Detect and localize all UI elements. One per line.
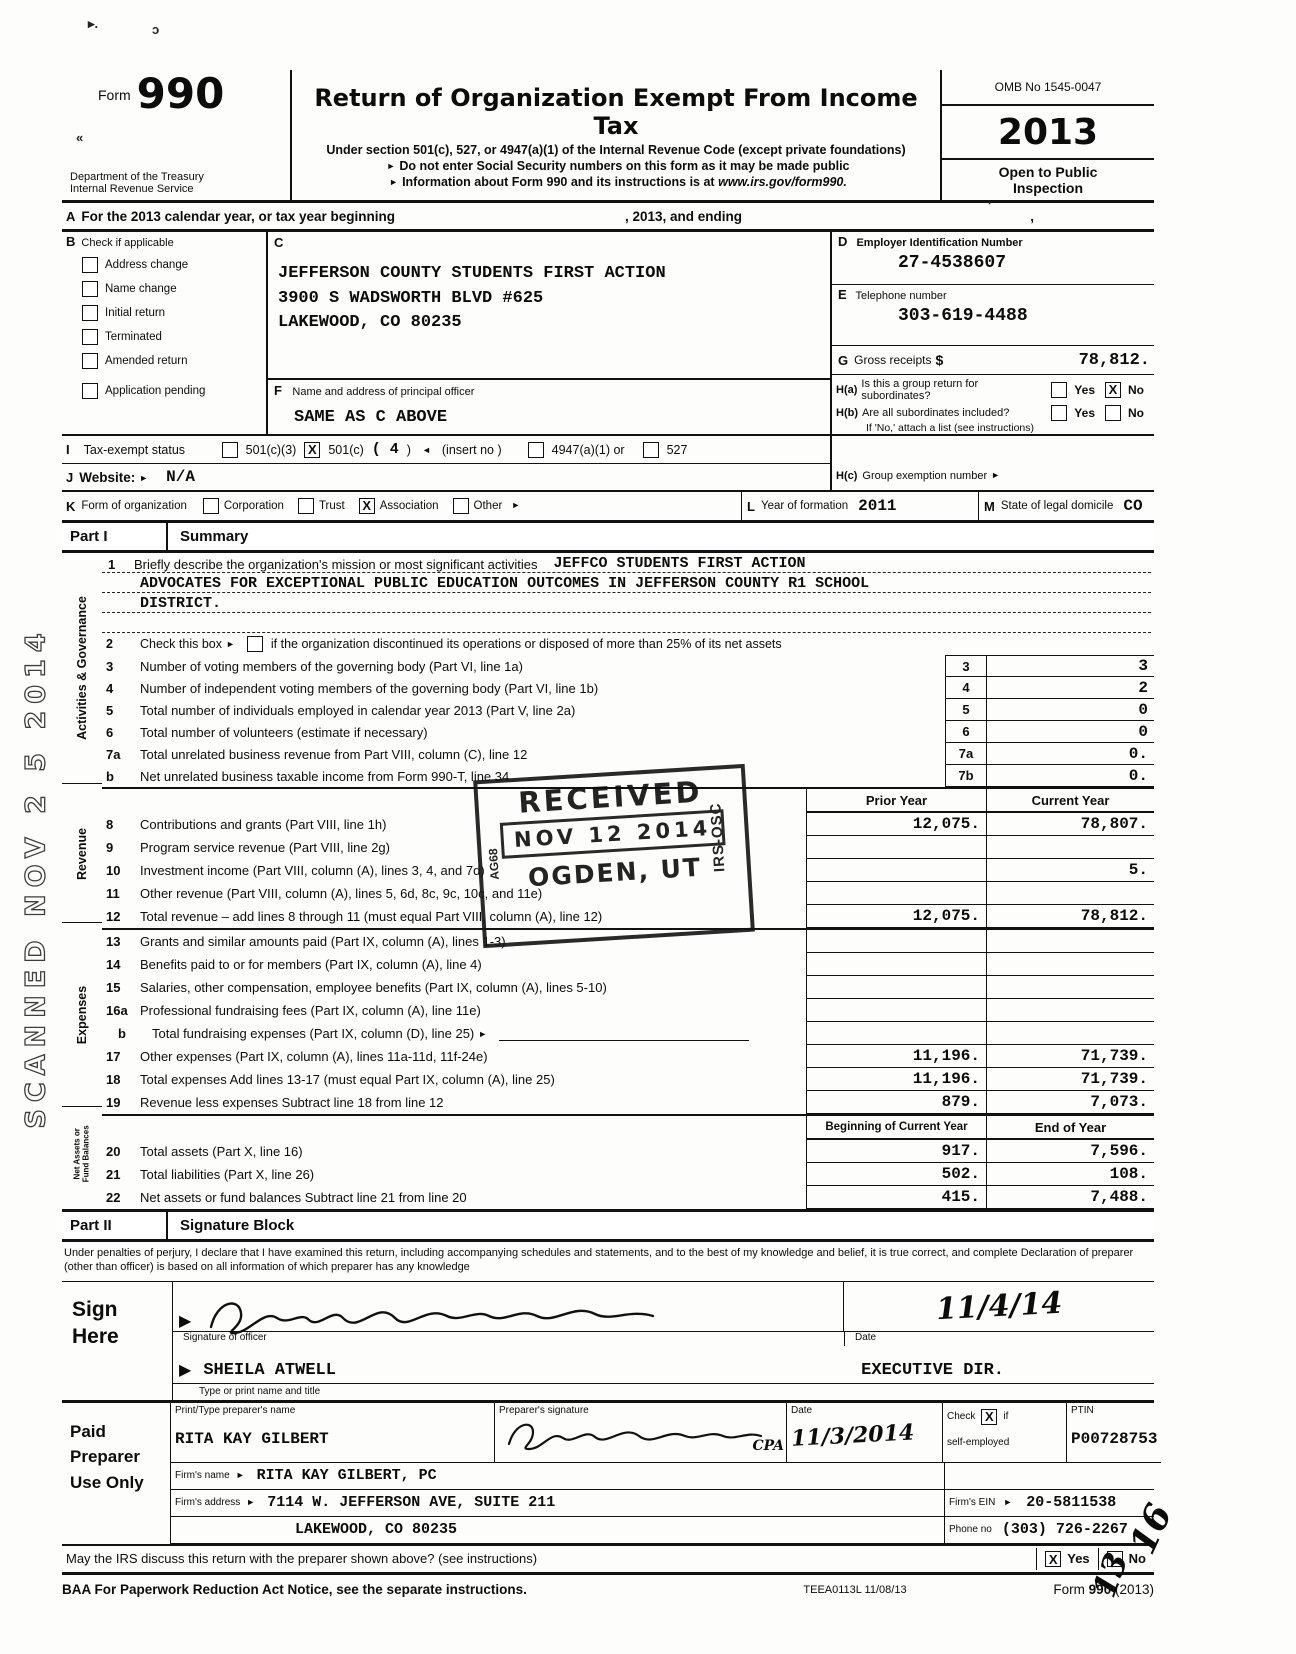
- line6-volunteers: 6Total number of volunteers (estimate if…: [102, 721, 1154, 743]
- scan-artifact: ▸.: [88, 16, 98, 32]
- line-l-year-of-formation: L Year of formation 2011: [741, 492, 978, 520]
- teea-code: TEEA0113L 11/08/13: [803, 1584, 1053, 1596]
- omb-year-block: OMB No 1545-0047 2013 Open to Public Ins…: [942, 70, 1154, 200]
- open-to-public: Open to Public Inspection: [942, 160, 1154, 200]
- hc-text: Group exemption number: [862, 470, 987, 482]
- checkbox-527: [643, 442, 659, 458]
- org-city-state-zip: LAKEWOOD, CO 80235: [278, 311, 824, 336]
- mission-line-2: ADVOCATES FOR EXCEPTIONAL PUBLIC EDUCATI…: [102, 573, 1151, 593]
- part2-tab: Part II: [62, 1212, 168, 1239]
- part1-tab: Part I: [62, 523, 168, 550]
- irs-url: www.irs.gov/form990.: [718, 175, 847, 189]
- baa-notice: BAA For Paperwork Reduction Act Notice, …: [62, 1582, 803, 1597]
- section-c-org-address: C JEFFERSON COUNTY STUDENTS FIRST ACTION…: [268, 232, 830, 378]
- checkbox: [82, 305, 98, 321]
- checkbox-trust: [298, 498, 314, 514]
- checkbox-corporation: [203, 498, 219, 514]
- checkbox: [82, 383, 98, 399]
- hc-tag: H(c): [836, 470, 857, 482]
- section-c-tag: C: [274, 235, 283, 250]
- firm-name-row: Firm's name RITA KAY GILBERT, PC: [171, 1463, 945, 1490]
- checkbox: [82, 281, 98, 297]
- received-irs-osc: IRS-OSC: [708, 802, 729, 872]
- hb-no-checkbox: [1105, 405, 1121, 421]
- scan-artifact: «: [76, 130, 83, 145]
- form-number-block: Form 990 Department of the Treasury Inte…: [62, 70, 290, 200]
- checkbox: [82, 257, 98, 273]
- side-label-revenue: Revenue: [62, 783, 102, 923]
- officer-signature-area: [173, 1282, 843, 1332]
- firm-ein: 20-5811538: [1026, 1494, 1116, 1511]
- arrow-icon: [385, 175, 402, 189]
- irs-discuss-row: May the IRS discuss this return with the…: [62, 1544, 1154, 1572]
- side-label-net-assets: Net Assets orFund Balances: [62, 1106, 102, 1200]
- scan-artifact: ɔ: [152, 22, 159, 37]
- checkbox-501c: X: [304, 442, 320, 458]
- firm-address-2: LAKEWOOD, CO 80235: [295, 1521, 457, 1538]
- line-m-legal-domicile: M State of legal domicile CO: [978, 492, 1154, 520]
- perjury-statement: Under penalties of perjury, I declare th…: [62, 1242, 1154, 1281]
- section-d-ein: D Employer Identification Number 27-4538…: [832, 232, 1154, 285]
- type-print-caption: Type or print name and title: [173, 1384, 1154, 1400]
- part2-header-bar: Part II Signature Block: [62, 1212, 1154, 1242]
- firm-address-row: Firm's address 7114 W. JEFFERSON AVE, SU…: [171, 1490, 945, 1517]
- self-employed-cell: Check X if self-employed: [943, 1403, 1067, 1463]
- blank-underline: [499, 1040, 749, 1041]
- beginning-year-header: Beginning of Current Year: [806, 1116, 986, 1140]
- checkbox: [82, 353, 98, 369]
- insert-number-value: ( 4: [372, 441, 399, 458]
- org-name: JEFFERSON COUNTY STUDENTS FIRST ACTION: [278, 262, 824, 287]
- mission-value-1: JEFFCO STUDENTS FIRST ACTION: [553, 555, 1151, 572]
- gross-receipts-title: Gross receipts: [854, 353, 931, 367]
- current-year-header: Current Year: [986, 789, 1154, 813]
- tax-year: 2013: [942, 106, 1154, 160]
- scanned-date-stamp: SCANNED NOV 2 5 2014: [12, 595, 60, 1160]
- dollar-sign: $: [935, 352, 943, 368]
- section-e-tag: E: [838, 287, 847, 302]
- hc-group-exemption: H(c) Group exemption number: [832, 463, 1154, 489]
- year-formation-title: Year of formation: [761, 500, 848, 512]
- preparer-date: 11/3/2014: [790, 1418, 938, 1452]
- phone-title: Telephone number: [856, 290, 947, 302]
- line18-total-expenses: 18Total expenses Add lines 13-17 (must e…: [102, 1068, 1154, 1091]
- line16b-fundraising-expenses: bTotal fundraising expenses (Part IX, co…: [102, 1022, 1154, 1045]
- line-a-text2: , 2013, and ending: [625, 209, 742, 224]
- arrow-icon: [999, 1497, 1016, 1509]
- sign-here-block: Sign Here 11/4/14 Signature of: [62, 1281, 1154, 1400]
- dept-treasury: Department of the Treasury: [70, 171, 282, 184]
- arrow-icon: [135, 470, 152, 485]
- ptin-cell: PTIN P00728753: [1067, 1403, 1161, 1463]
- line-j-tag: J: [66, 470, 73, 485]
- line7a-unrelated-revenue: 7aTotal unrelated business revenue from …: [102, 743, 1154, 765]
- ein-title: Employer Identification Number: [856, 237, 1022, 249]
- hb-text: Are all subordinates included?: [862, 407, 1047, 419]
- form-of-org-title: Form of organization: [81, 500, 186, 512]
- form-title-block: Return of Organization Exempt From Incom…: [290, 70, 942, 200]
- paid-preparer-block: Paid Preparer Use Only Print/Type prepar…: [62, 1400, 1154, 1544]
- checkbox-amended-return: Amended return: [82, 353, 262, 369]
- checkbox-initial-return: Initial return: [82, 305, 262, 321]
- option-other: Other: [453, 498, 525, 514]
- line5-employees: 5Total number of individuals employed in…: [102, 699, 1154, 721]
- side-label-activities-governance: Activities & Governance: [62, 553, 102, 783]
- preparer-signature-cell: Preparer's signature CPA: [495, 1403, 787, 1463]
- phone-value: 303-619-4488: [898, 306, 1148, 326]
- org-street: 3900 S WADSWORTH BLVD #625: [278, 287, 824, 312]
- officer-signature-date: 11/4/14: [935, 1285, 1063, 1327]
- ha-no-checkbox: X: [1105, 382, 1121, 398]
- discuss-yes: XYes: [1036, 1548, 1097, 1570]
- arrow-icon: [474, 1026, 491, 1041]
- arrow-right-icon: [179, 1311, 197, 1331]
- prior-year-header: Prior Year: [806, 789, 986, 813]
- line-a-tag: A: [66, 209, 75, 224]
- part1-header-bar: Part I Summary: [62, 523, 1154, 553]
- preparer-name-cell: Print/Type preparer's name RITA KAY GILB…: [171, 1403, 495, 1463]
- mission-line-3: DISTRICT.: [102, 593, 1151, 613]
- checkbox-4947a1: [528, 442, 544, 458]
- preparer-name: RITA KAY GILBERT: [175, 1430, 490, 1448]
- received-left-code: AG68: [486, 848, 502, 880]
- line3-voting-members: 3Number of voting members of the governi…: [102, 655, 1154, 677]
- checkbox-self-employed: X: [981, 1409, 997, 1425]
- line-a-comma: ,: [1030, 209, 1034, 224]
- firm-name: RITA KAY GILBERT, PC: [257, 1467, 437, 1484]
- line21-total-liabilities: 21Total liabilities (Part X, line 26) 50…: [102, 1163, 1154, 1186]
- section-b-check-if-applicable: B Check if applicable Address change Nam…: [62, 232, 268, 434]
- website-title: Website:: [79, 470, 135, 485]
- discuss-text: May the IRS discuss this return with the…: [66, 1551, 537, 1566]
- section-g-tag: G: [838, 353, 848, 368]
- checkbox-association: X: [359, 498, 375, 514]
- preparer-date-cell: Date 11/3/2014: [787, 1403, 943, 1463]
- omb-number: OMB No 1545-0047: [942, 70, 1154, 106]
- officer-date-area: 11/4/14: [843, 1282, 1154, 1332]
- line-a-text: For the 2013 calendar year, or tax year …: [81, 209, 395, 224]
- mission-line-4-blank: [102, 613, 1151, 633]
- part2-title: Signature Block: [168, 1217, 294, 1234]
- form-title: Return of Organization Exempt From Incom…: [292, 84, 940, 140]
- officer-name: SHEILA ATWELL: [203, 1361, 336, 1380]
- line-i-tag: I: [66, 442, 70, 457]
- arrow-left-icon: [419, 443, 434, 457]
- form-footer: BAA For Paperwork Reduction Act Notice, …: [62, 1572, 1154, 1605]
- preparer-sig-cpa-note: CPA: [752, 1438, 784, 1454]
- ein-value: 27-4538607: [898, 253, 1148, 273]
- header-bullet-1: Do not enter Social Security numbers on …: [399, 159, 849, 173]
- arrow-right-icon: [179, 1360, 197, 1380]
- ptin-value: P00728753: [1071, 1430, 1157, 1448]
- side-label-expenses: Expenses: [62, 922, 102, 1107]
- status-website-rows: I Tax-exempt status 501(c)(3) X501(c) ( …: [62, 436, 1154, 492]
- section-e-telephone: E Telephone number 303-619-4488: [832, 285, 1154, 346]
- irs-received-stamp: RECEIVED NOV 12 2014 OGDEN, UT IRS-OSC A…: [473, 764, 755, 948]
- paid-preparer-label: Paid Preparer Use Only: [62, 1403, 171, 1544]
- line20-total-assets: 20Total assets (Part X, line 16) 917.7,5…: [102, 1140, 1154, 1163]
- header-bullet-2: Information about Form 990 and its instr…: [402, 175, 715, 189]
- line17-other-expenses: 17Other expenses (Part IX, column (A), l…: [102, 1045, 1154, 1068]
- ha-tag: H(a): [836, 384, 857, 396]
- tax-exempt-title: Tax-exempt status: [84, 443, 214, 457]
- scan-artifact: ': [988, 198, 991, 213]
- ha-text: Is this a group return for subordinates?: [861, 378, 1047, 402]
- net-column-headers: Beginning of Current Year End of Year: [102, 1114, 1154, 1140]
- arrow-icon: [222, 637, 239, 651]
- checkbox-application-pending: Application pending: [82, 383, 262, 399]
- firm-phone: (303) 726-2267: [1002, 1521, 1128, 1538]
- arrow-icon: [507, 500, 524, 512]
- hb-tag: H(b): [836, 407, 858, 419]
- line-i-tax-exempt-status: I Tax-exempt status 501(c)(3) X501(c) ( …: [62, 436, 830, 464]
- firm-address-1: 7114 W. JEFFERSON AVE, SUITE 211: [267, 1494, 555, 1511]
- ha-group-return: H(a) Is this a group return for subordin…: [832, 375, 1154, 402]
- section-g-gross-receipts: G Gross receipts $ 78,812.: [832, 346, 1154, 375]
- website-value: N/A: [166, 468, 195, 486]
- form-subtitle: Under section 501(c), 527, or 4947(a)(1)…: [292, 143, 940, 157]
- hb-subordinates-included: H(b) Are all subordinates included? Yes …: [832, 402, 1154, 421]
- section-d-tag: D: [838, 234, 847, 249]
- checkbox-address-change: Address change: [82, 257, 262, 273]
- firm-city-row: LAKEWOOD, CO 80235: [171, 1517, 945, 1544]
- form-header: Form 990 Department of the Treasury Inte…: [62, 70, 1154, 203]
- line-k-form-of-organization: K Form of organization Corporation Trust…: [62, 492, 1154, 523]
- irs: Internal Revenue Service: [70, 183, 282, 196]
- option-association: XAssociation: [359, 498, 439, 514]
- section-b-title: Check if applicable: [81, 237, 173, 249]
- form-990-scanned-page: Form 990 Department of the Treasury Inte…: [0, 0, 1296, 1654]
- form-number: 990: [137, 76, 225, 112]
- checkbox-501c3: [222, 442, 238, 458]
- form-word: Form: [98, 87, 131, 103]
- line2-discontinued-checkbox: 2 Check this box if the organization dis…: [102, 633, 1154, 655]
- line16a-fundraising-fees: 16aProfessional fundraising fees (Part I…: [102, 999, 1154, 1022]
- arrow-icon: [987, 470, 1004, 482]
- domicile-title: State of legal domicile: [1001, 500, 1114, 512]
- year-formation-value: 2011: [858, 497, 896, 515]
- line-k-tag: K: [66, 499, 75, 514]
- principal-officer-value: SAME AS C ABOVE: [294, 408, 824, 427]
- section-f-principal-officer: F Name and address of principal officer …: [268, 378, 830, 434]
- line19-revenue-less-expenses: 19Revenue less expenses Subtract line 18…: [102, 1091, 1154, 1114]
- domicile-value: CO: [1123, 497, 1142, 515]
- arrow-icon: [232, 1470, 249, 1482]
- line15-salaries: 15Salaries, other compensation, employee…: [102, 976, 1154, 999]
- arrow-icon: [382, 159, 399, 173]
- sign-here-label: Sign Here: [62, 1282, 173, 1400]
- part1-title: Summary: [168, 528, 248, 545]
- end-of-year-header: End of Year: [986, 1116, 1154, 1140]
- firm-ein-cell: Firm's EIN 20-5811538: [945, 1490, 1154, 1517]
- checkbox-discuss-yes: X: [1045, 1551, 1061, 1567]
- checkbox-terminated: Terminated: [82, 329, 262, 345]
- identification-block: B Check if applicable Address change Nam…: [62, 232, 1154, 436]
- arrow-icon: [242, 1497, 259, 1509]
- mission-label: Briefly describe the organization's miss…: [134, 557, 537, 572]
- ha-yes-checkbox: [1051, 382, 1067, 398]
- checkbox-discontinued: [247, 636, 263, 652]
- preparer-signature-scribble: [499, 1416, 769, 1452]
- line4-independent-members: 4Number of independent voting members of…: [102, 677, 1154, 699]
- checkbox-other: [453, 498, 469, 514]
- line-j-website: J Website: N/A: [62, 464, 830, 490]
- section-f-tag: F: [274, 383, 282, 398]
- line1-mission: 1 Briefly describe the organization's mi…: [102, 553, 1151, 573]
- section-f-title: Name and address of principal officer: [292, 386, 474, 398]
- gross-receipts-value: 78,812.: [1079, 351, 1150, 370]
- option-corporation: Corporation: [203, 498, 284, 514]
- line22-net-assets: 22Net assets or fund balances Subtract l…: [102, 1186, 1154, 1209]
- right-id-column: D Employer Identification Number 27-4538…: [830, 232, 1154, 434]
- line14-member-benefits: 14Benefits paid to or for members (Part …: [102, 953, 1154, 976]
- officer-signature-scribble: [197, 1293, 677, 1335]
- checkbox-name-change: Name change: [82, 281, 262, 297]
- date-caption: Date: [844, 1332, 1154, 1346]
- hb-yes-checkbox: [1051, 405, 1067, 421]
- officer-title: EXECUTIVE DIR.: [861, 1361, 1004, 1380]
- option-trust: Trust: [298, 498, 345, 514]
- hb-note: If 'No,' attach a list (see instructions…: [832, 421, 1154, 434]
- checkbox: [82, 329, 98, 345]
- section-b-tag: B: [66, 234, 75, 249]
